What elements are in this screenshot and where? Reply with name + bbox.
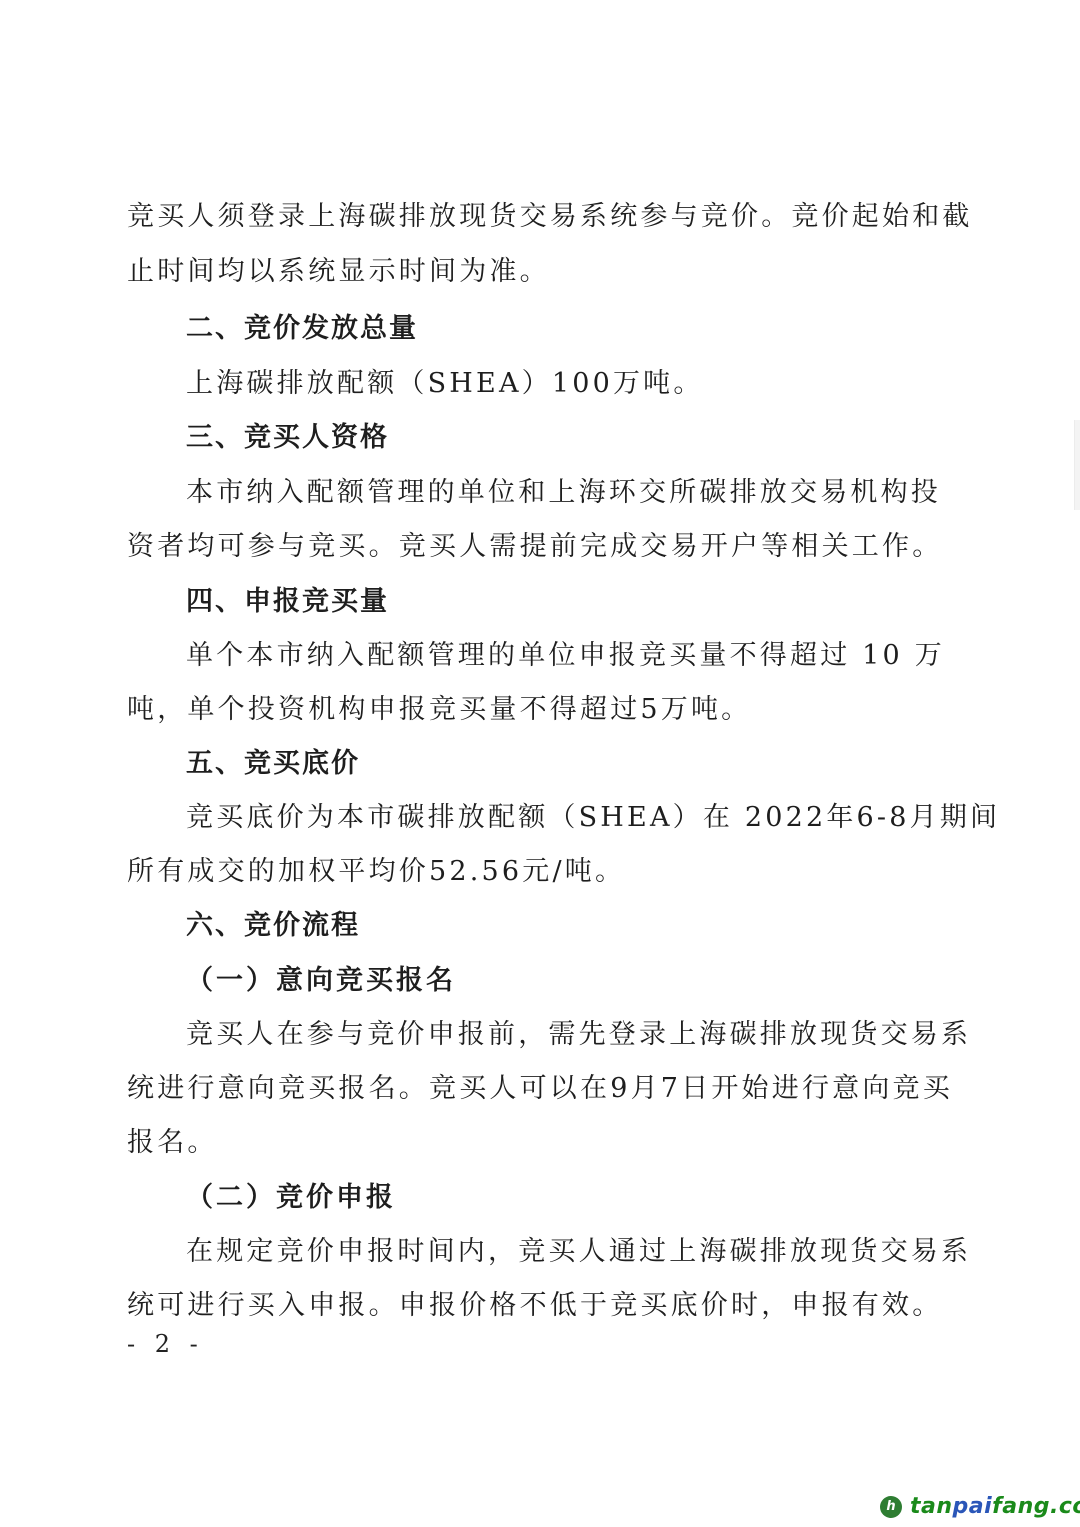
paragraph-line: 统进行意向竞买报名。竞买人可以在9月7日开始进行意向竞买 xyxy=(127,1072,953,1106)
paragraph-line: 止时间均以系统显示时间为准。 xyxy=(127,255,550,289)
paragraph-line: 上海碳排放配额（SHEA）100万吨。 xyxy=(186,367,704,401)
site-watermark: h tanpaifang.com xyxy=(880,1494,1080,1519)
scan-edge-mark xyxy=(1074,420,1080,510)
watermark-text-part3: fang.com xyxy=(992,1494,1080,1519)
section-heading: 二、竞价发放总量 xyxy=(186,312,418,346)
paragraph-line: 资者均可参与竞买。竞买人需提前完成交易开户等相关工作。 xyxy=(127,530,942,564)
watermark-text-part1: tan xyxy=(910,1494,953,1519)
watermark-text: tanpaifang.com xyxy=(910,1494,1080,1519)
paragraph-line: 报名。 xyxy=(127,1126,218,1160)
page-number: - 2 - xyxy=(127,1330,204,1358)
subsection-heading: （二）竞价申报 xyxy=(186,1181,396,1215)
paragraph-line: 竞买人须登录上海碳排放现货交易系统参与竞价。竞价起始和截 xyxy=(127,200,973,234)
paragraph-line: 在规定竞价申报时间内，竞买人通过上海碳排放现货交易系 xyxy=(186,1235,971,1269)
paragraph-line: 竞买人在参与竞价申报前，需先登录上海碳排放现货交易系 xyxy=(186,1018,971,1052)
paragraph-line: 竞买底价为本市碳排放配额（SHEA）在 2022年6-8月期间 xyxy=(186,801,1000,835)
subsection-heading: （一）意向竞买报名 xyxy=(186,964,456,998)
section-heading: 六、竞价流程 xyxy=(186,909,360,943)
section-heading: 五、竞买底价 xyxy=(186,747,360,781)
paragraph-line: 统可进行买入申报。申报价格不低于竞买底价时，申报有效。 xyxy=(127,1289,942,1323)
watermark-text-part2: pai xyxy=(953,1494,993,1519)
paragraph-line: 所有成交的加权平均价52.56元/吨。 xyxy=(127,855,625,889)
section-heading: 三、竞买人资格 xyxy=(186,421,389,455)
document-page: 竞买人须登录上海碳排放现货交易系统参与竞价。竞价起始和截止时间均以系统显示时间为… xyxy=(0,0,1080,1527)
section-heading: 四、申报竞买量 xyxy=(186,585,389,619)
tanpaifang-logo-icon: h xyxy=(880,1496,902,1518)
paragraph-line: 本市纳入配额管理的单位和上海环交所碳排放交易机构投 xyxy=(186,476,941,510)
paragraph-line: 单个本市纳入配额管理的单位申报竞买量不得超过 10 万 xyxy=(186,639,945,673)
paragraph-line: 吨，单个投资机构申报竞买量不得超过5万吨。 xyxy=(127,693,751,727)
